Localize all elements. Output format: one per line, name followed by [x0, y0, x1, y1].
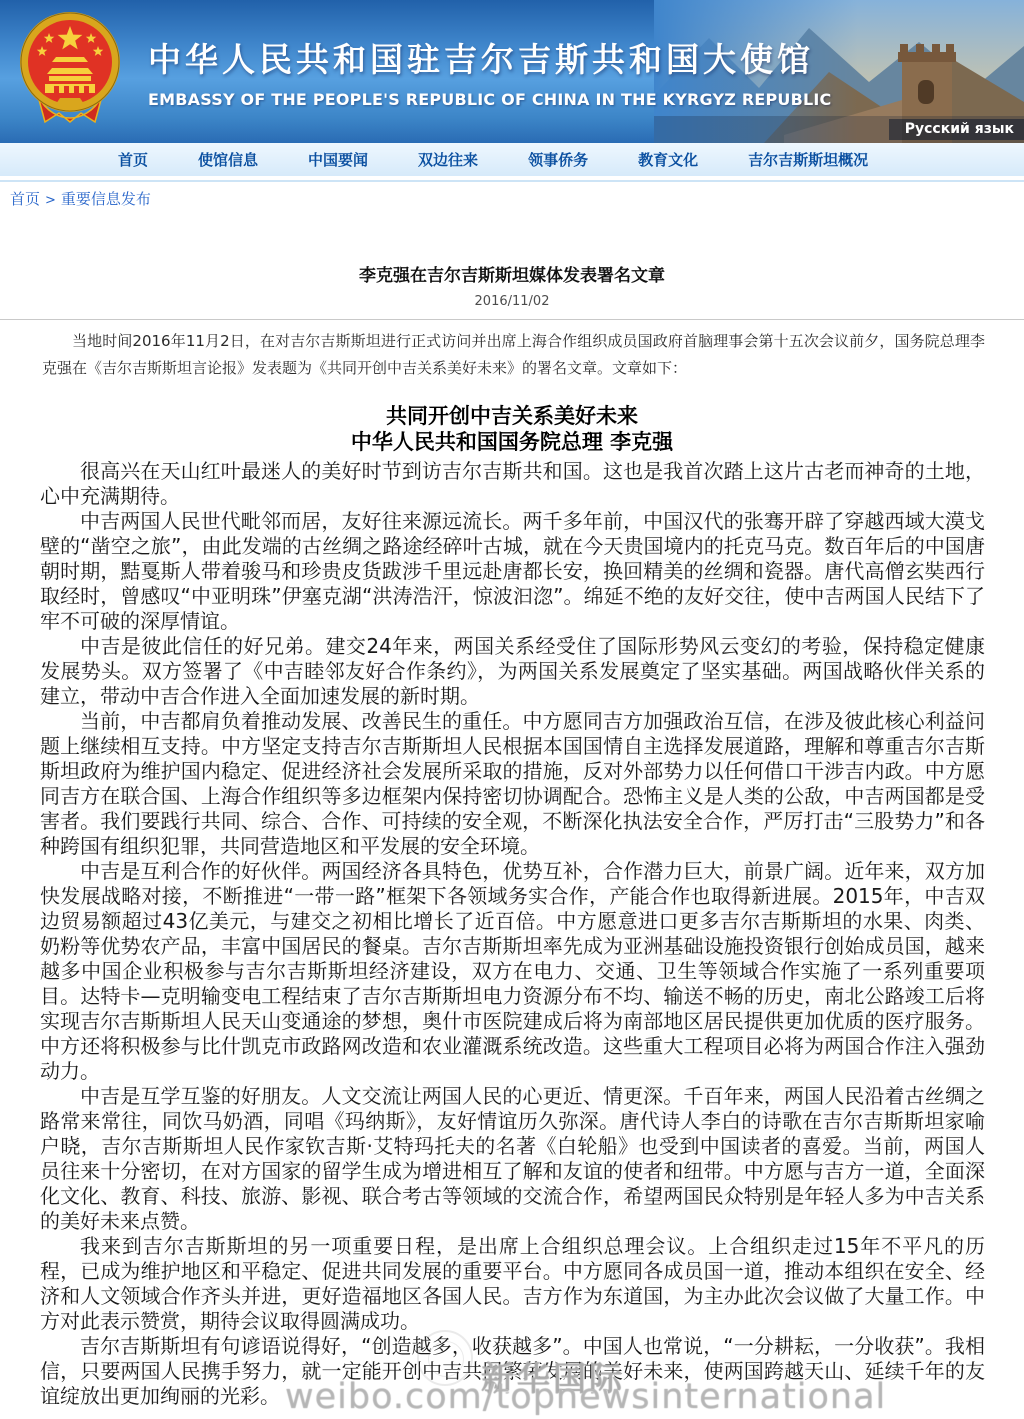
- nav-item-bilateral-relations[interactable]: 双边往来: [418, 149, 478, 170]
- nav-item-kyrgyzstan-overview[interactable]: 吉尔吉斯斯坦概况: [748, 149, 868, 170]
- site-banner: 中华人民共和国驻吉尔吉斯共和国大使馆 EMBASSY OF THE PEOPLE…: [0, 0, 1024, 143]
- nav-item-china-news[interactable]: 中国要闻: [308, 149, 368, 170]
- nav-item-education-culture[interactable]: 教育文化: [638, 149, 698, 170]
- article-paragraph: 吉尔吉斯斯坦有句谚语说得好，“创造越多，收获越多”。中国人也常说，“一分耕耘，一…: [40, 1334, 985, 1409]
- article-paragraph: 中吉两国人民世代毗邻而居，友好往来源远流长。两千多年前，中国汉代的张骞开辟了穿越…: [40, 509, 985, 634]
- nav-item-home[interactable]: 首页: [118, 149, 148, 170]
- article-paragraph: 我来到吉尔吉斯斯坦的另一项重要日程，是出席上合组织总理会议。上合组织走过15年不…: [40, 1234, 985, 1334]
- banner-subtitle: EMBASSY OF THE PEOPLE'S REPUBLIC OF CHIN…: [148, 90, 832, 109]
- breadcrumb-category-link[interactable]: 重要信息发布: [61, 190, 151, 208]
- page-title: 李克强在吉尔吉斯斯坦媒体发表署名文章: [0, 261, 1024, 286]
- nav-item-consular-affairs[interactable]: 领事侨务: [528, 149, 588, 170]
- article-paragraph: 中吉是彼此信任的好兄弟。建交24年来，两国关系经受住了国际形势风云变幻的考验，保…: [40, 634, 985, 709]
- title-divider: [0, 319, 1024, 320]
- article-inner-title: 共同开创中吉关系美好未来: [0, 404, 1024, 428]
- article-paragraph: 很高兴在天山红叶最迷人的美好时节到访吉尔吉斯共和国。这也是我首次踏上这片古老而神…: [40, 459, 985, 509]
- article-body: 很高兴在天山红叶最迷人的美好时节到访吉尔吉斯共和国。这也是我首次踏上这片古老而神…: [40, 459, 985, 1409]
- article-paragraph: 当前，中吉都肩负着推动发展、改善民生的重任。中方愿同吉方加强政治互信，在涉及彼此…: [40, 709, 985, 859]
- breadcrumb-home-link[interactable]: 首页: [10, 190, 40, 208]
- banner-title: 中华人民共和国驻吉尔吉斯共和国大使馆: [148, 34, 832, 81]
- nav-item-embassy-info[interactable]: 使馆信息: [198, 149, 258, 170]
- russian-language-link[interactable]: Русский язык: [889, 119, 1024, 140]
- breadcrumb: 首页>重要信息发布: [0, 182, 1024, 209]
- article-inner-subtitle: 中华人民共和国国务院总理 李克强: [0, 430, 1024, 454]
- article-paragraph: 中吉是互学互鉴的好朋友。人文交流让两国人民的心更近、情更深。千百年来，两国人民沿…: [40, 1084, 985, 1234]
- article-intro: 当地时间2016年11月2日，在对吉尔吉斯斯坦进行正式访问并出席上海合作组织成员…: [42, 328, 985, 382]
- article-paragraph: 中吉是互利合作的好伙伴。两国经济各具特色，优势互补，合作潜力巨大，前景广阔。近年…: [40, 859, 985, 1084]
- china-national-emblem-icon: [18, 6, 122, 126]
- breadcrumb-separator: >: [45, 193, 56, 208]
- main-nav: 首页 使馆信息 中国要闻 双边往来 领事侨务 教育文化 吉尔吉斯斯坦概况: [0, 143, 1024, 176]
- article-date: 2016/11/02: [0, 294, 1024, 309]
